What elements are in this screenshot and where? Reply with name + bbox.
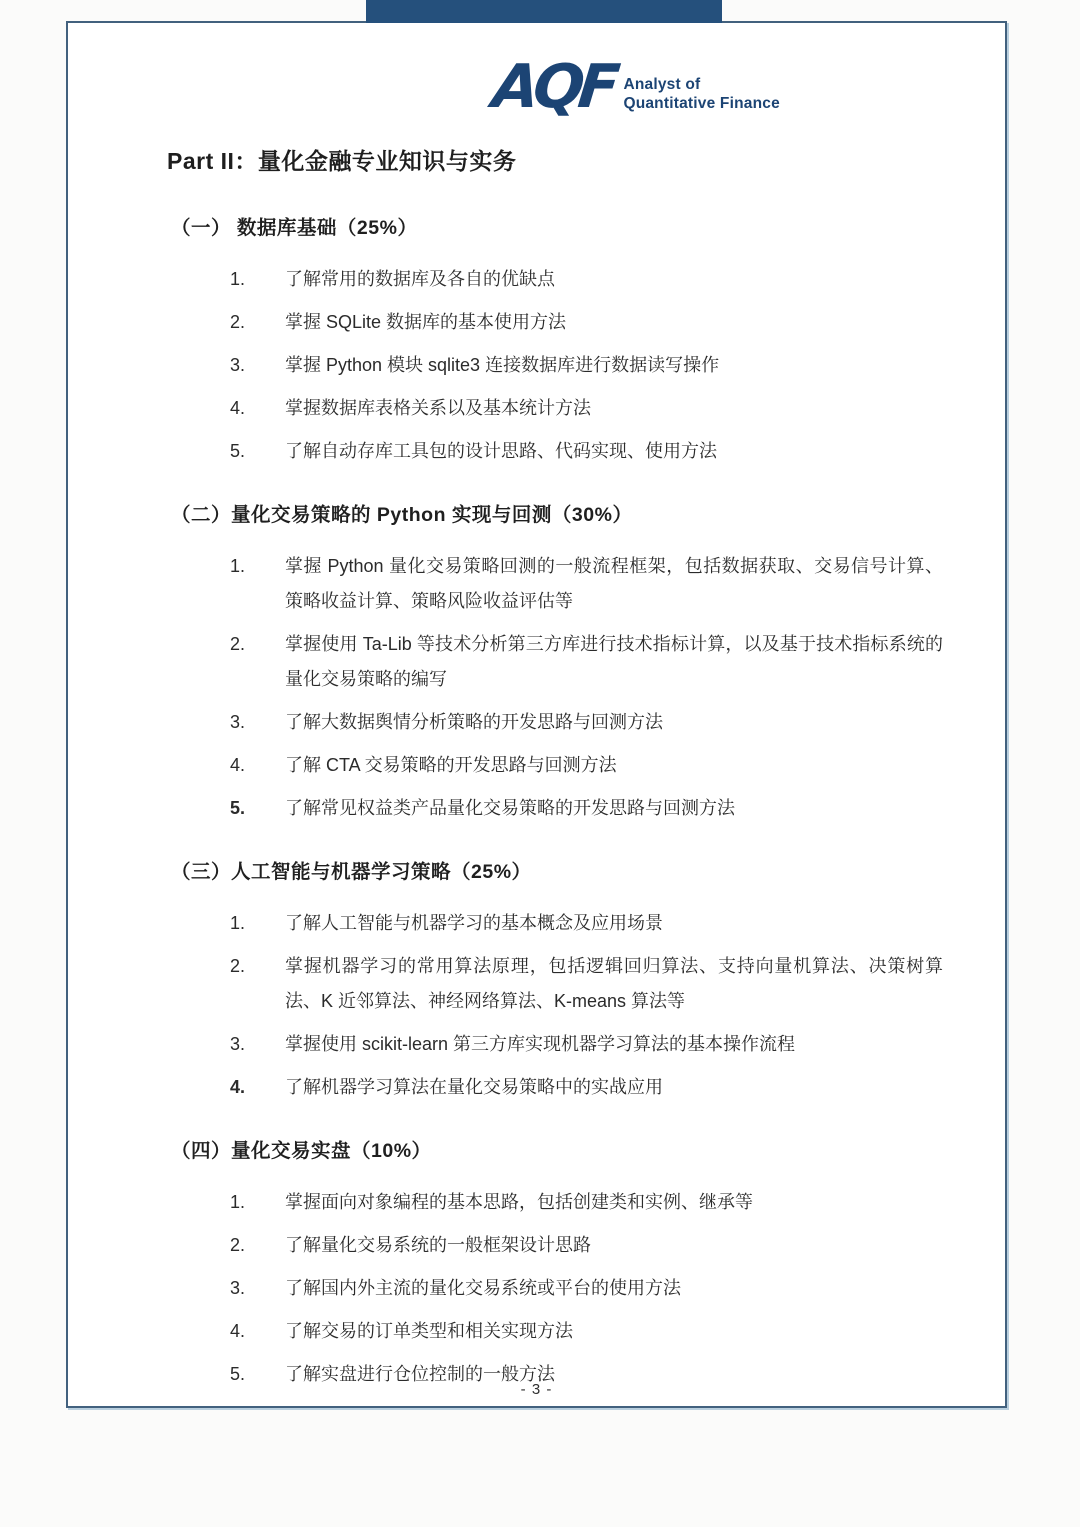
item-text: 掌握 Python 模块 sqlite3 连接数据库进行数据读写操作	[285, 348, 943, 383]
list-item: 4. 了解机器学习算法在量化交易策略中的实战应用	[230, 1070, 943, 1105]
item-number: 4.	[230, 1070, 285, 1105]
item-number: 1.	[230, 549, 285, 619]
item-text: 掌握机器学习的常用算法原理，包括逻辑回归算法、支持向量机算法、决策树算法、K 近…	[285, 949, 943, 1019]
page-number-footer: - 3 -	[68, 1381, 1005, 1398]
page-content: Part II：量化金融专业知识与实务 （一） 数据库基础（25%） 1. 了解…	[68, 23, 1005, 1400]
list-item: 5. 了解自动存库工具包的设计思路、代码实现、使用方法	[230, 434, 943, 469]
list-item: 2. 掌握机器学习的常用算法原理，包括逻辑回归算法、支持向量机算法、决策树算法、…	[230, 949, 943, 1019]
list-item: 5. 了解常见权益类产品量化交易策略的开发思路与回测方法	[230, 791, 943, 826]
item-text: 掌握 Python 量化交易策略回测的一般流程框架，包括数据获取、交易信号计算、…	[285, 549, 943, 619]
item-text: 了解国内外主流的量化交易系统或平台的使用方法	[285, 1271, 943, 1306]
item-text: 掌握面向对象编程的基本思路，包括创建类和实例、继承等	[285, 1185, 943, 1220]
item-text: 了解常见权益类产品量化交易策略的开发思路与回测方法	[285, 791, 943, 826]
item-text: 了解 CTA 交易策略的开发思路与回测方法	[285, 748, 943, 783]
section-heading-1: （一） 数据库基础（25%）	[171, 212, 945, 240]
aqf-logo-text: AQF	[490, 57, 617, 117]
aqf-logo-subtitle: Analyst of Quantitative Finance	[623, 61, 779, 114]
list-item: 3. 了解大数据舆情分析策略的开发思路与回测方法	[230, 705, 943, 740]
page-title: Part II：量化金融专业知识与实务	[167, 143, 1005, 176]
item-number: 3.	[230, 705, 285, 740]
list-item: 1. 了解常用的数据库及各自的优缺点	[230, 262, 943, 297]
item-number: 3.	[230, 1271, 285, 1306]
item-text: 了解人工智能与机器学习的基本概念及应用场景	[285, 906, 943, 941]
item-text: 掌握数据库表格关系以及基本统计方法	[285, 391, 943, 426]
list-item: 3. 掌握使用 scikit-learn 第三方库实现机器学习算法的基本操作流程	[230, 1027, 943, 1062]
list-item: 2. 掌握使用 Ta-Lib 等技术分析第三方库进行技术指标计算，以及基于技术指…	[230, 627, 943, 697]
item-number: 2.	[230, 305, 285, 340]
item-text: 了解交易的订单类型和相关实现方法	[285, 1314, 943, 1349]
item-number: 1.	[230, 262, 285, 297]
item-number: 1.	[230, 906, 285, 941]
section-heading-4: （四）量化交易实盘（10%）	[171, 1135, 945, 1163]
item-text: 了解常用的数据库及各自的优缺点	[285, 262, 943, 297]
list-item: 4. 了解 CTA 交易策略的开发思路与回测方法	[230, 748, 943, 783]
item-text: 了解量化交易系统的一般框架设计思路	[285, 1228, 943, 1263]
item-text: 掌握使用 scikit-learn 第三方库实现机器学习算法的基本操作流程	[285, 1027, 943, 1062]
list-item: 1. 了解人工智能与机器学习的基本概念及应用场景	[230, 906, 943, 941]
list-item: 2. 了解量化交易系统的一般框架设计思路	[230, 1228, 943, 1263]
item-number: 2.	[230, 627, 285, 697]
item-text: 了解机器学习算法在量化交易策略中的实战应用	[285, 1070, 943, 1105]
list-item: 1. 掌握 Python 量化交易策略回测的一般流程框架，包括数据获取、交易信号…	[230, 549, 943, 619]
section-heading-3: （三）人工智能与机器学习策略（25%）	[171, 856, 945, 884]
list-item: 4. 掌握数据库表格关系以及基本统计方法	[230, 391, 943, 426]
aqf-logo: AQF Analyst of Quantitative Finance	[493, 57, 780, 117]
item-number: 1.	[230, 1185, 285, 1220]
list-item: 1. 掌握面向对象编程的基本思路，包括创建类和实例、继承等	[230, 1185, 943, 1220]
page-frame: AQF Analyst of Quantitative Finance Part…	[66, 21, 1007, 1408]
item-number: 4.	[230, 748, 285, 783]
list-item: 4. 了解交易的订单类型和相关实现方法	[230, 1314, 943, 1349]
logo-subtitle-line1: Analyst of	[623, 76, 700, 93]
top-navy-tab	[366, 0, 722, 23]
item-text: 了解大数据舆情分析策略的开发思路与回测方法	[285, 705, 943, 740]
document-page: AQF Analyst of Quantitative Finance Part…	[0, 0, 1080, 1527]
item-number: 3.	[230, 348, 285, 383]
item-text: 了解自动存库工具包的设计思路、代码实现、使用方法	[285, 434, 943, 469]
item-number: 4.	[230, 1314, 285, 1349]
list-item: 3. 了解国内外主流的量化交易系统或平台的使用方法	[230, 1271, 943, 1306]
item-number: 2.	[230, 1228, 285, 1263]
item-number: 5.	[230, 434, 285, 469]
item-number: 4.	[230, 391, 285, 426]
list-item: 3. 掌握 Python 模块 sqlite3 连接数据库进行数据读写操作	[230, 348, 943, 383]
section-heading-2: （二）量化交易策略的 Python 实现与回测（30%）	[171, 499, 945, 527]
list-item: 2. 掌握 SQLite 数据库的基本使用方法	[230, 305, 943, 340]
item-text: 掌握 SQLite 数据库的基本使用方法	[285, 305, 943, 340]
item-number: 3.	[230, 1027, 285, 1062]
item-text: 掌握使用 Ta-Lib 等技术分析第三方库进行技术指标计算，以及基于技术指标系统…	[285, 627, 943, 697]
item-number: 2.	[230, 949, 285, 1019]
logo-subtitle-line2: Quantitative Finance	[623, 95, 779, 112]
item-number: 5.	[230, 791, 285, 826]
